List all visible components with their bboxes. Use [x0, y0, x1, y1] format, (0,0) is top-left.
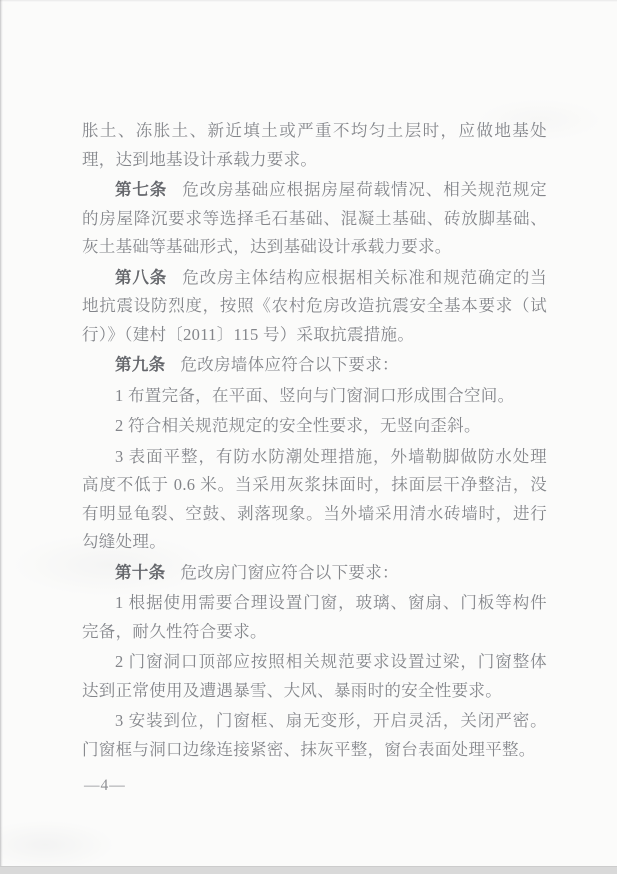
paragraph: 1 布置完备，在平面、竖向与门窗洞口形成围合空间。 — [82, 382, 547, 411]
paragraph: 第十条危改房门窗应符合以下要求： — [82, 559, 547, 588]
article-number: 第八条 — [115, 268, 167, 287]
scan-left-edge — [0, 0, 3, 874]
document-text-block: 胀土、冻胀土、新近填土或严重不均匀土层时，应做地基处理，达到地基设计承载力要求。… — [82, 117, 547, 766]
paragraph: 3 表面平整，有防水防潮处理措施，外墙勒脚做防水处理高度不低于 0.6 米。当采… — [82, 443, 547, 557]
paragraph-text: 胀土、冻胀土、新近填土或严重不均匀土层时，应做地基处理，达到地基设计承载力要求。 — [82, 121, 547, 169]
scan-top-edge — [0, 0, 617, 2]
paragraph: 2 门窗洞口顶部应按照相关规范要求设置过梁，门窗整体达到正常使用及遭遇暴雪、大风… — [82, 648, 547, 705]
article-number: 第七条 — [115, 180, 167, 199]
paragraph: 第八条危改房主体结构应根据相关标准和规范确定的当地抗震设防烈度，按照《农村危房改… — [82, 264, 547, 350]
page-footer: —4— — [84, 777, 126, 795]
paragraph-text: 危改房墙体应符合以下要求： — [180, 355, 398, 374]
paragraph: 第七条危改房基础应根据房屋荷载情况、相关规范规定的房屋降沉要求等选择毛石基础、混… — [82, 176, 547, 262]
paragraph-text: 2 门窗洞口顶部应按照相关规范要求设置过梁，门窗整体达到正常使用及遭遇暴雪、大风… — [82, 652, 547, 700]
paragraph: 胀土、冻胀土、新近填土或严重不均匀土层时，应做地基处理，达到地基设计承载力要求。 — [82, 117, 547, 174]
paragraph: 3 安装到位，门窗框、扇无变形，开启灵活，关闭严密。门窗框与洞口边缘连接紧密、抹… — [82, 707, 547, 764]
paragraph-text: 3 表面平整，有防水防潮处理措施，外墙勒脚做防水处理高度不低于 0.6 米。当采… — [82, 447, 547, 552]
paragraph: 1 根据使用需要合理设置门窗，玻璃、窗扇、门板等构件完备，耐久性符合要求。 — [82, 589, 547, 646]
paragraph: 第九条危改房墙体应符合以下要求： — [82, 351, 547, 380]
page-number: —4— — [84, 777, 126, 794]
scanned-document-page: 胀土、冻胀土、新近填土或严重不均匀土层时，应做地基处理，达到地基设计承载力要求。… — [0, 0, 617, 874]
paragraph-text: 危改房门窗应符合以下要求： — [180, 563, 398, 582]
scan-bottom-edge — [0, 866, 617, 874]
paragraph-text: 1 布置完备，在平面、竖向与门窗洞口形成围合空间。 — [115, 386, 514, 405]
paragraph-text: 3 安装到位，门窗框、扇无变形，开启灵活，关闭严密。门窗框与洞口边缘连接紧密、抹… — [82, 711, 547, 759]
paragraph-text: 2 符合相关规范规定的安全性要求，无竖向歪斜。 — [115, 416, 481, 435]
article-number: 第九条 — [115, 355, 165, 374]
article-number: 第十条 — [115, 563, 165, 582]
paragraph-text: 1 根据使用需要合理设置门窗，玻璃、窗扇、门板等构件完备，耐久性符合要求。 — [82, 593, 547, 641]
paragraph: 2 符合相关规范规定的安全性要求，无竖向歪斜。 — [82, 412, 547, 441]
